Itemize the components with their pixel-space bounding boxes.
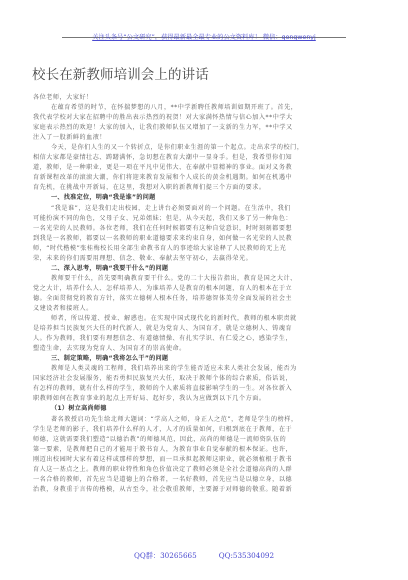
paragraph-line: 有怎样的教师，就有什么样的学生，教师的个人素质将直接影响学生的一生。对各位新入 bbox=[33, 384, 378, 394]
footer-qq: QQ:535304092 bbox=[219, 551, 274, 561]
paragraph-line: 教师是人类灵魂的工程师，我们培养出来的学生能否适应未来人类社会发展，能否为 bbox=[33, 364, 378, 374]
paragraph-line: 一名合格的教师，首先应当是道德上的合格者，一名好教师，首先应当是以德立身，以德 bbox=[33, 475, 378, 485]
paragraph-line: 育新课程改革的滚滚大潮，你们将迎来教育发展和个人成长的黄金机遇期。如何在机遇中 bbox=[33, 173, 378, 183]
paragraph-line: 在蕴育希望的时节，在怀揣梦想的八月，**中学新聘任教师培训如期开班了。首先， bbox=[33, 103, 378, 113]
paragraph-line: 职教师如何在教育事业的起点上开好局、起好步，我认为应做到以下几个方面。 bbox=[33, 394, 378, 404]
paragraph-line: 各位老师，大家好！ bbox=[33, 93, 378, 103]
header-banner: 关注头条号“公文研究”，获得最新最全最专业的公文资料库！ 微信：gongweny… bbox=[62, 24, 346, 38]
paragraph-line: 治教，身教重于言传的楷模，从古至今，社会敬重教师，主要源于对师德的敬重。随着新 bbox=[33, 485, 378, 495]
paragraph-line: 相信大家都是豪情壮志、踌躇满怀，急切想在教育大潮中一显身手。但是，我希望你们知 bbox=[33, 153, 378, 163]
paragraph-line: 家庭表示热烈的欢迎！大家的加入，让我们教师队伍又增加了一支新的生力军，**中学又 bbox=[33, 123, 378, 133]
paragraph-line: 师德，这就需要我们塑造“以德治教”的师德风范，因此，高尚的师德是一流师资队伍的 bbox=[33, 435, 378, 445]
paragraph-line: 教师要干什么，首先要明确教育要干什么。党的二十大报告指出，教育是国之大计、 bbox=[33, 274, 378, 284]
paragraph-line: 师，“时代楷模”张桂梅校长用全部生命教书育人的事迹给大家诠释了人民教师的无上光 bbox=[33, 244, 378, 254]
paragraph-line: 义建设者和接班人。 bbox=[33, 304, 378, 314]
section-heading: （1）树立高尚师德 bbox=[33, 404, 378, 414]
paragraph-line: 第一要素，是教师把自己的才能用于教书育人，为教育事业自觉奉献的根本保证。也许， bbox=[33, 445, 378, 455]
section-heading: 二、深入思考，明确“我要干什么”的问题 bbox=[33, 264, 378, 274]
section-heading: 三、制定策略，明确“我将怎么干”的问题 bbox=[33, 354, 378, 364]
paragraph-line: 学生是老师的影子，我们培养什么样的人才，人才的质量如何，归根到底在于教师，在于 bbox=[33, 425, 378, 435]
document-title: 校长在新教师培训会上的讲话 bbox=[32, 67, 209, 84]
paragraph-line: 师者，所以传道、授业、解惑也。在实现中国式现代化的新时代，教师的根本职责就 bbox=[33, 314, 378, 324]
paragraph-line: 可能扮演不同的角色，父母子女、兄弟姐妹；但是，从今天起，我们又多了另一种角色： bbox=[33, 214, 378, 224]
paragraph-line: 我代表学校对大家在招聘中的胜出表示热烈的祝贺！对大家满怀热情与信心加入**中学大 bbox=[33, 113, 378, 123]
paragraph-line: 刚迈出校园时大家有着这样或那样的梦想，而一旦承担起教师这职业，就必须植根于教书 bbox=[33, 455, 378, 465]
footer-qq-group: QQ群：30265665 bbox=[134, 551, 197, 561]
paragraph-line: 著名教授启功先生给北师大题词：“学高人之师，身正人之范”，老师是学生的榜样， bbox=[33, 415, 378, 425]
paragraph-line: 国家经济社会发展服务，能否勇担民族复兴大任，取决于教师个体的综合素质，俗话说， bbox=[33, 374, 378, 384]
footer-contacts: QQ群：30265665QQ:535304092 bbox=[0, 551, 408, 561]
paragraph-line: 到我是一名教师，都要以一名教师的职业道德要求来约束自身，如何做一名光荣的人民教 bbox=[33, 234, 378, 244]
header-promo-link[interactable]: 关注头条号“公文研究”，获得最新最全最专业的公文资料库！ 微信：gongweny… bbox=[92, 34, 316, 41]
paragraph-line: 德。全面贯彻党的教育方针，落实立德树人根本任务，培养德智体美劳全面发展的社会主 bbox=[33, 294, 378, 304]
paragraph-line: 育人这一基点之上。教师的职业特性和角色价值决定了教师必须是全社会道德高尚的人群 bbox=[33, 465, 378, 475]
paragraph-line: 一名光荣的人民教师。各位老师，我们在任何时候都要有这种自觉意识，时时刻刻都要想 bbox=[33, 224, 378, 234]
paragraph-line: 荣，未来的你们需要用理想、信念、敬业、奉献去坚守初心，去赢得荣光。 bbox=[33, 254, 378, 264]
paragraph-line: 党之大计，培养什么人、怎样培养人、为谁培养人是教育的根本问题，育人的根本在于立 bbox=[33, 284, 378, 294]
paragraph-line: 人。作为教师，我们要有理想信念、有道德情操、有扎实学识、有仁爱之心，感染学生， bbox=[33, 334, 378, 344]
paragraph-line: 塑造生命，去实现为党育人、为国育才的崇高使命。 bbox=[33, 344, 378, 354]
paragraph-line: 育先机，在挑战中开新局，在这里，我想对入职的新教师们提三个方面的要求。 bbox=[33, 183, 378, 193]
paragraph-line: 是培养担当民族复兴大任的时代新人，就是为党育人、为国育才，就是立德树人、铸魂育 bbox=[33, 324, 378, 334]
paragraph-line: 道，教师，是一种职业，更是一项在平凡中见伟大、在奉献中显精神的事业。面对义务教 bbox=[33, 163, 378, 173]
section-heading: 一、找准定位，明确“我是谁”的问题 bbox=[33, 193, 378, 203]
paragraph-line: 注入了一股新鲜的血液！ bbox=[33, 133, 378, 143]
paragraph-line: “我是谁”，这是我们走出校园，走上讲台必须要面对的一个问题。在生活中，我们 bbox=[33, 204, 378, 214]
paragraph-line: 今天，是你们人生的又一个转折点，是你们职业生涯的第一个起点。走出求学的校门， bbox=[33, 143, 378, 153]
document-body: 各位老师，大家好！在蕴育希望的时节，在怀揣梦想的八月，**中学新聘任教师培训如期… bbox=[33, 93, 378, 495]
